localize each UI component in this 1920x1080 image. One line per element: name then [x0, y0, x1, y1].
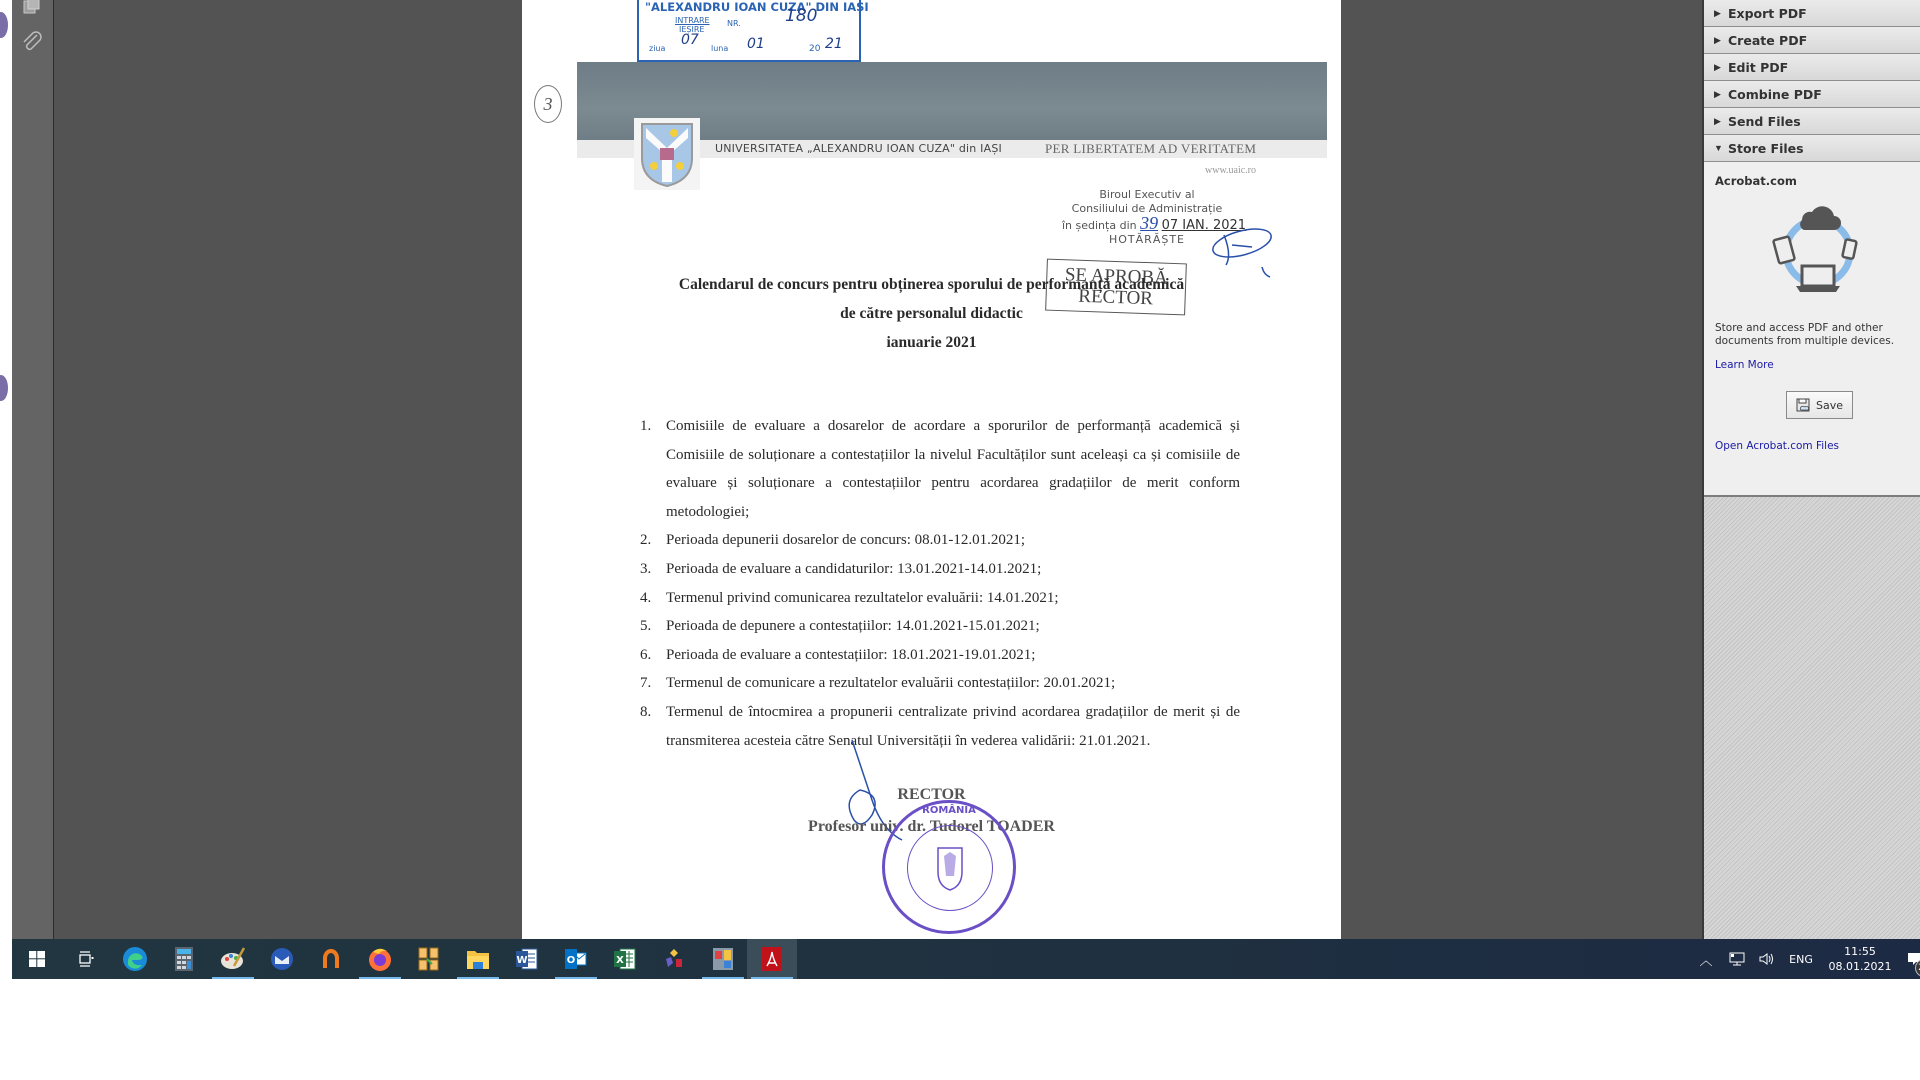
taskbar-origin[interactable] [306, 939, 356, 979]
stamp-month-label: luna [711, 44, 728, 53]
volume-button[interactable] [1754, 939, 1780, 979]
stamp-institution: "ALEXANDRU IOAN CUZA" DIN IAȘI [645, 0, 869, 14]
seal-country: ROMÂNIA [885, 805, 1013, 816]
tool-label: Combine PDF [1728, 87, 1822, 102]
tool-combine-pdf[interactable]: ▶Combine PDF [1704, 81, 1920, 108]
task-view-button[interactable] [61, 939, 111, 979]
item-text: Termenul privind comunicarea rezultatelo… [666, 584, 1059, 613]
item-number: 8. [640, 698, 666, 755]
chevron-up-icon: ︿ [1699, 950, 1712, 969]
show-hidden-icons-button[interactable]: ︿ [1692, 939, 1720, 979]
stamp-day-value: 07 [681, 32, 699, 48]
title-line-2: de către personalul didactic [522, 299, 1341, 328]
attachment-icon[interactable] [20, 30, 44, 54]
item-text: Perioada de evaluare a contestațiilor: 1… [666, 641, 1035, 670]
cloud-devices-icon [1772, 200, 1864, 296]
taskbar-firefox[interactable] [355, 939, 405, 979]
item-text: Termenul de comunicare a rezultatelor ev… [666, 669, 1115, 698]
action-center-button[interactable]: 25 [1900, 939, 1920, 979]
tool-label: Send Files [1728, 114, 1801, 129]
taskbar-excel[interactable]: X [600, 939, 650, 979]
university-seal: ROMÂNIA [882, 800, 1016, 934]
list-item: 1.Comisiile de evaluare a dosarelor de a… [640, 412, 1240, 526]
stamp-entry-label: INTRARE [675, 16, 710, 25]
list-item: 8.Termenul de întocmirea a propunerii ce… [640, 698, 1240, 755]
open-acrobat-files-link[interactable]: Open Acrobat.com Files [1715, 440, 1839, 452]
expand-triangle-icon: ▶ [1714, 62, 1728, 73]
svg-text:O: O [567, 955, 576, 966]
task-view-icon [78, 950, 94, 968]
shapes-app-icon [662, 947, 686, 971]
page-number-mark: 3 [534, 85, 562, 123]
list-item: 2.Perioada depunerii dosarelor de concur… [640, 526, 1240, 555]
tool-store-files[interactable]: ▼Store Files [1704, 135, 1920, 162]
university-motto: PER LIBERTATEM AD VERITATEM [1045, 141, 1256, 157]
university-website: www.uaic.ro [1205, 165, 1256, 176]
taskbar-file-explorer[interactable] [453, 939, 503, 979]
folder-icon [466, 948, 490, 970]
calculator-icon [175, 947, 193, 971]
stamp-day-label: ziua [649, 44, 665, 53]
clock[interactable]: 11:55 08.01.2021 [1824, 939, 1896, 979]
document-viewport[interactable]: "ALEXANDRU IOAN CUZA" DIN IAȘI INTRARE I… [54, 0, 1702, 939]
stamp-nr-label: NR. [727, 19, 741, 28]
item-text: Perioada depunerii dosarelor de concurs:… [666, 526, 1025, 555]
collapse-triangle-icon: ▼ [1714, 143, 1728, 153]
taskbar-acrobat[interactable] [747, 939, 797, 979]
taskbar-paint[interactable] [208, 939, 258, 979]
tool-create-pdf[interactable]: ▶Create PDF [1704, 27, 1920, 54]
speaker-icon [1759, 952, 1775, 966]
list-item: 7.Termenul de comunicare a rezultatelor … [640, 669, 1240, 698]
tool-export-pdf[interactable]: ▶Export PDF [1704, 0, 1920, 27]
taskbar-word[interactable]: W [502, 939, 552, 979]
tool-edit-pdf[interactable]: ▶Edit PDF [1704, 54, 1920, 81]
excel-icon: X [614, 947, 636, 971]
taskbar-thunderbird[interactable] [257, 939, 307, 979]
file-compare-icon [418, 947, 440, 971]
expand-triangle-icon: ▶ [1714, 116, 1728, 127]
document-title: Calendarul de concurs pentru obținerea s… [522, 270, 1341, 357]
svg-text:X: X [616, 955, 624, 966]
tool-label: Export PDF [1728, 6, 1807, 21]
tool-label: Store Files [1728, 141, 1804, 156]
registration-stamp: "ALEXANDRU IOAN CUZA" DIN IAȘI INTRARE I… [637, 0, 861, 62]
taskbar-file-compare[interactable] [404, 939, 454, 979]
taskbar-control-panel[interactable] [698, 939, 748, 979]
seal-inner-ring [907, 825, 993, 911]
exec-line-1: Biroul Executiv al [1062, 188, 1232, 202]
university-logo [634, 118, 700, 190]
taskbar-app-shapes[interactable] [649, 939, 699, 979]
thunderbird-icon [270, 947, 294, 971]
desktop-icon-fragment [0, 12, 8, 38]
item-number: 1. [640, 412, 666, 526]
taskbar-calculator[interactable] [159, 939, 209, 979]
list-item: 3.Perioada de evaluare a candidaturilor:… [640, 555, 1240, 584]
exec-session-prefix: în ședința din [1062, 219, 1137, 232]
tool-label: Create PDF [1728, 33, 1807, 48]
word-icon: W [516, 947, 538, 971]
svg-text:W: W [516, 955, 527, 966]
pdf-page: "ALEXANDRU IOAN CUZA" DIN IAȘI INTRARE I… [522, 0, 1341, 939]
item-text: Termenul de întocmirea a propunerii cent… [666, 698, 1240, 755]
network-button[interactable] [1724, 939, 1750, 979]
notification-count-badge: 25 [1915, 959, 1920, 977]
stamp-year-value: 21 [825, 36, 843, 52]
network-icon [1729, 952, 1745, 966]
item-number: 4. [640, 584, 666, 613]
expand-triangle-icon: ▶ [1714, 8, 1728, 19]
clock-date: 08.01.2021 [1829, 959, 1892, 974]
store-heading: Acrobat.com [1715, 174, 1797, 188]
title-line-3: ianuarie 2021 [522, 328, 1341, 357]
expand-triangle-icon: ▶ [1714, 89, 1728, 100]
item-number: 6. [640, 641, 666, 670]
windows-logo-icon [29, 951, 45, 967]
store-files-panel: Acrobat.com Store and access PDF and oth… [1704, 162, 1920, 497]
windows-taskbar: W O X ︿ ENG 11:55 08.01.2021 25 [12, 939, 1920, 979]
acrobat-icon [762, 947, 782, 971]
item-number: 7. [640, 669, 666, 698]
store-description: Store and access PDF and other documents… [1715, 322, 1915, 348]
stamp-year-label: 20 [809, 44, 820, 54]
learn-more-link[interactable]: Learn More [1715, 359, 1774, 371]
tool-label: Edit PDF [1728, 60, 1788, 75]
item-text: Comisiile de evaluare a dosarelor de aco… [666, 412, 1240, 526]
taskbar-edge[interactable] [110, 939, 160, 979]
outlook-icon: O [565, 947, 587, 971]
navigation-pane [12, 0, 54, 939]
item-text: Perioada de evaluare a candidaturilor: 1… [666, 555, 1041, 584]
taskbar-outlook[interactable]: O [551, 939, 601, 979]
input-language-button[interactable]: ENG [1784, 939, 1818, 979]
start-button[interactable] [12, 939, 62, 979]
edge-icon [122, 946, 148, 972]
expand-triangle-icon: ▶ [1714, 35, 1728, 46]
origin-icon [321, 948, 341, 970]
list-item: 4.Termenul privind comunicarea rezultate… [640, 584, 1240, 613]
stamp-nr-value: 180 [785, 6, 817, 26]
item-number: 2. [640, 526, 666, 555]
item-number: 5. [640, 612, 666, 641]
save-button[interactable]: Save [1786, 391, 1853, 419]
save-label: Save [1816, 399, 1843, 412]
desktop-edge [0, 0, 12, 939]
stamp-month-value: 01 [747, 36, 765, 52]
tools-panel: ▶Export PDF ▶Create PDF ▶Edit PDF ▶Combi… [1702, 0, 1920, 939]
pages-icon[interactable] [20, 0, 44, 18]
save-disk-icon [1796, 398, 1810, 412]
item-number: 3. [640, 555, 666, 584]
desktop-icon-fragment [0, 375, 8, 401]
list-item: 6.Perioada de evaluare a contestațiilor:… [640, 641, 1240, 670]
list-item: 5.Perioada de depunere a contestațiilor:… [640, 612, 1240, 641]
university-name: UNIVERSITATEA „ALEXANDRU IOAN CUZA" din … [715, 142, 1002, 155]
calendar-list: 1.Comisiile de evaluare a dosarelor de a… [640, 412, 1240, 755]
clock-time: 11:55 [1844, 944, 1876, 959]
title-line-1: Calendarul de concurs pentru obținerea s… [522, 270, 1341, 299]
exec-session-number: 39 [1140, 213, 1158, 233]
item-text: Perioada de depunere a contestațiilor: 1… [666, 612, 1040, 641]
paint-palette-icon [220, 946, 246, 972]
firefox-icon [367, 946, 393, 972]
control-panel-icon [712, 947, 734, 971]
tool-send-files[interactable]: ▶Send Files [1704, 108, 1920, 135]
